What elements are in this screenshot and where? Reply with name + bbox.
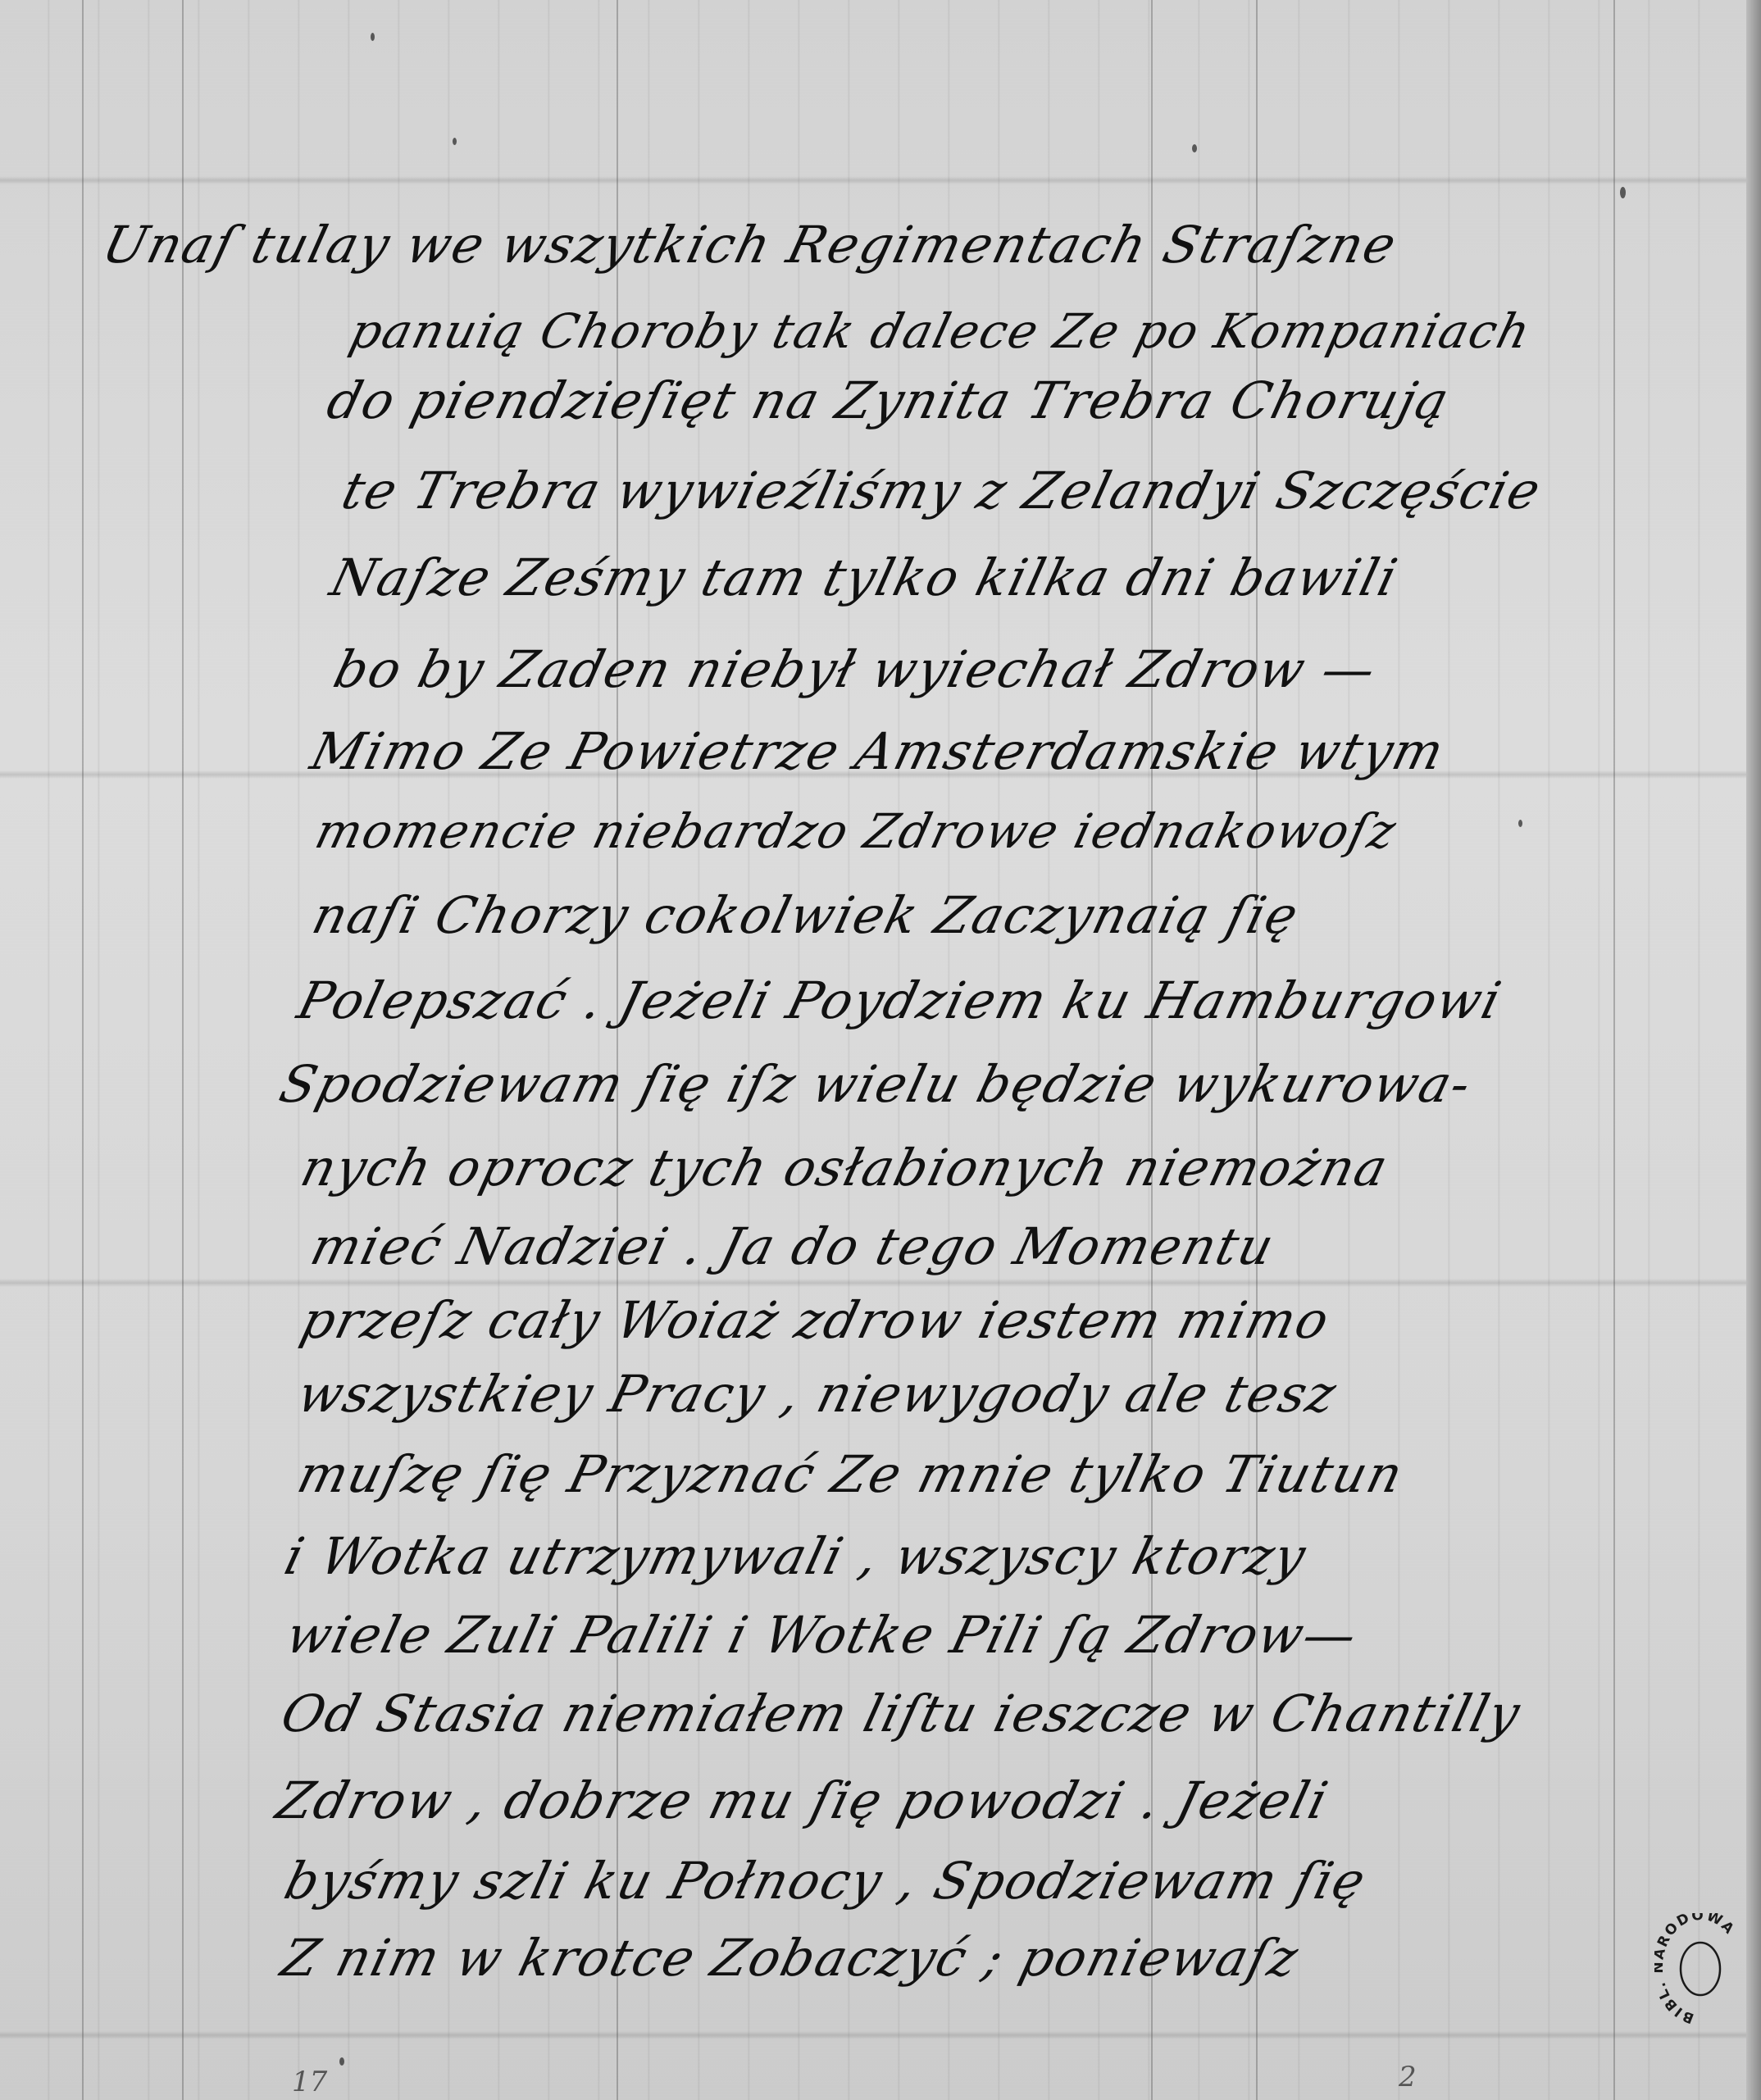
paper-speck [371,33,375,41]
paper-speck [453,138,457,145]
svg-text:BIBL. NARODOWA: BIBL. NARODOWA [1654,1913,1738,2025]
manuscript-line-4: te Trebra wywieźliśmy z Zelandyi Szczęśc… [336,461,1548,520]
manuscript-line-21: byśmy szli ku Połnocy , Spodziewam ſię [279,1851,1372,1911]
manuscript-line-12: nych oprocz tych osłabionych niemożna [295,1138,1395,1198]
page-edge-shadow [1746,0,1761,2100]
manuscript-line-10: Polepszać . Jeżeli Poydziem ku Hamburgow… [292,970,1508,1030]
paper-speck [339,2057,344,2066]
manuscript-line-22: Z nim w krotce Zobaczyć ; poniewaſz [275,1928,1305,1988]
manuscript-line-8: momencie niebardzo Zdrowe iednakowoſz [310,803,1403,859]
manuscript-line-9: naſi Chorzy cokolwiek Zaczynaią ſię [307,885,1305,945]
paper-speck [1192,144,1197,152]
manuscript-line-5: Naſze Ześmy tam tylko kilka dni bawili [325,548,1404,607]
manuscript-line-11: Spodziewam ſię iſz wielu będzie wykurowa… [274,1054,1478,1114]
paper-ruling-line [1613,0,1615,2100]
paper-speck [1620,187,1626,198]
paper-fold [0,176,1761,184]
manuscript-line-2: panuią Choroby tak dalece Ze po Kompania… [344,303,1537,359]
manuscript-line-16: muſzę ſię Przyznać Ze mnie tylko Tiutun [292,1444,1410,1504]
manuscript-line-15: wszystkiey Pracy , niewygody ale tesz [292,1364,1344,1424]
paper-fold [0,1279,1761,1287]
pencil-mark: 17 [292,2066,327,2098]
manuscript-line-20: Zdrow , dobrze mu ſię powodzi . Jeżeli [271,1770,1335,1830]
library-stamp: BIBL. NARODOWA [1654,1913,1746,2025]
paper-ruling-line [82,0,84,2100]
manuscript-line-17: i Wotka utrzymywali , wszyscy ktorzy [279,1526,1313,1586]
manuscript-line-7: Mimo Ze Powietrze Amsterdamskie wtym [305,721,1451,781]
manuscript-line-6: bo by Zaden niebył wyiechał Zdrow — [328,639,1383,699]
paper-fold [0,2031,1761,2039]
manuscript-line-3: do piendzieſięt na Zynita Trebra Chorują [321,370,1456,430]
pencil-mark: 2 [1399,2061,1417,2093]
manuscript-line-13: mieć Nadziei . Ja do tego Momentu [305,1216,1281,1276]
paper-ruling-line [182,0,184,2100]
manuscript-page: Unaſ tulay we wszytkich Regimentach Stra… [0,0,1761,2100]
manuscript-line-14: przeſz cały Woiaż zdrow iestem mimo [295,1290,1336,1350]
manuscript-line-19: Od Stasia niemiałem liſtu ieszcze w Chan… [275,1684,1527,1743]
manuscript-line-18: wiele Zuli Palili i Wotke Pili ſą Zdrow— [280,1605,1364,1665]
library-stamp-icon: BIBL. NARODOWA [1654,1913,1746,2025]
manuscript-line-1: Unaſ tulay we wszytkich Regimentach Stra… [97,215,1404,275]
paper-speck [1518,820,1522,827]
